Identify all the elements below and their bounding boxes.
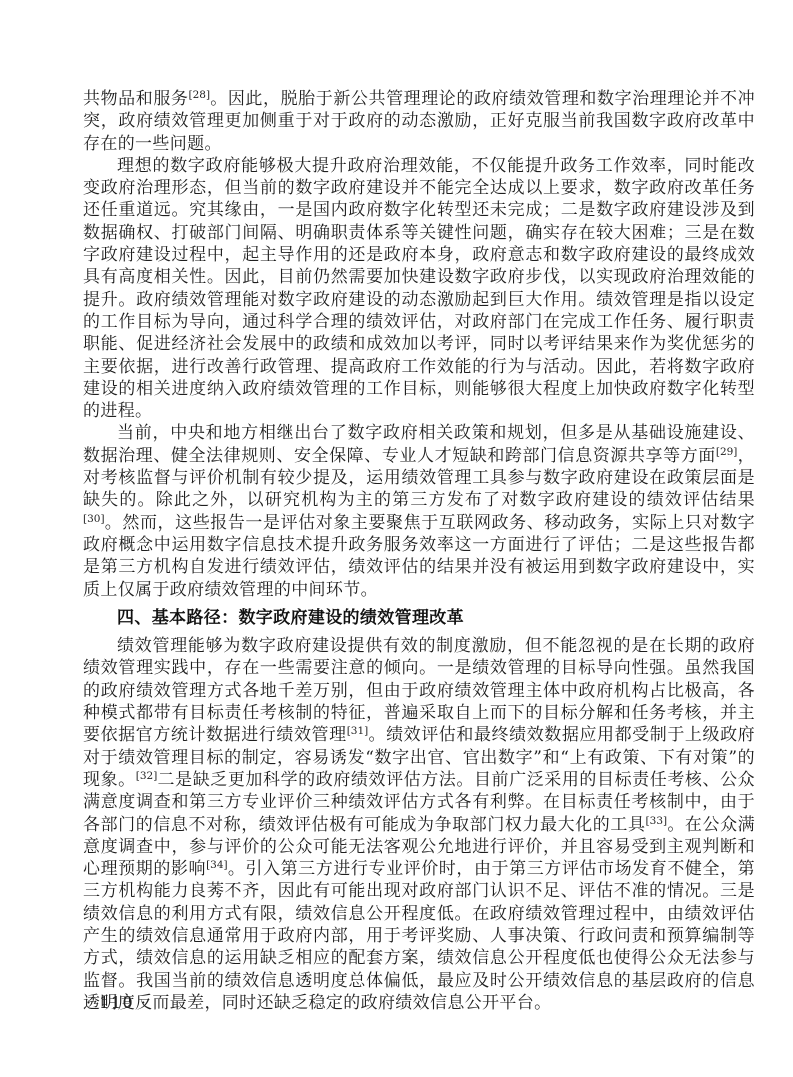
citation-marker: [33]	[646, 815, 668, 827]
citation-marker: [32]	[136, 770, 158, 782]
document-body: 共物品和服务[28]。因此，脱胎于新公共管理理论的政府绩效管理和数字治理理论并不…	[83, 88, 755, 1014]
citation-marker: [29]	[716, 446, 738, 458]
page-number: · 110 ·	[86, 992, 147, 1014]
paragraph: 共物品和服务[28]。因此，脱胎于新公共管理理论的政府绩效管理和数字治理理论并不…	[83, 88, 755, 155]
citation-marker: [30]	[83, 513, 105, 525]
paragraph: 理想的数字政府能够极大提升政府治理效能，不仅能提升政务工作效率，同时能改变政府治…	[83, 155, 755, 423]
citation-marker: [34]	[206, 859, 228, 871]
paragraph: 绩效管理能够为数字政府建设提供有效的制度激励，但不能忽视的是在长期的政府绩效管理…	[83, 635, 755, 1014]
paragraph: 当前，中央和地方相继出台了数字政府相关政策和规划，但多是从基础设施建设、数据治理…	[83, 422, 755, 600]
citation-marker: [28]	[188, 89, 210, 101]
section-heading: 四、基本路径：数字政府建设的绩效管理改革	[83, 607, 755, 629]
scanned-paper-page: 共物品和服务[28]。因此，脱胎于新公共管理理论的政府绩效管理和数字治理理论并不…	[0, 0, 793, 1077]
citation-marker: [31]	[347, 726, 369, 738]
